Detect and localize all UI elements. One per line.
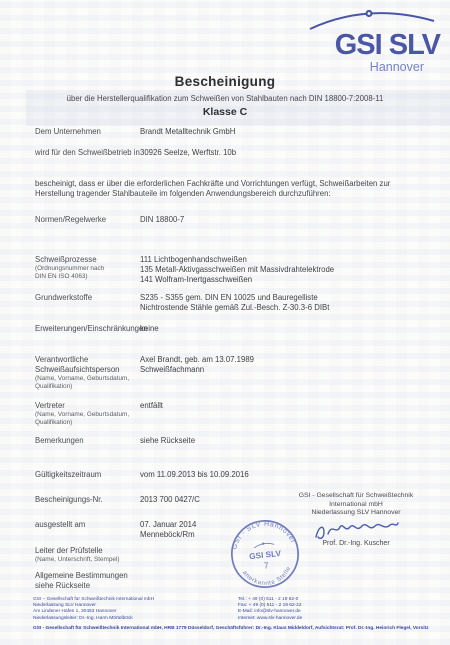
footer-columns: GSI – Gesellschaft für Schweißtechnik In… [33,597,425,622]
field-row-deputy: Vertreter (Name, Vorname, Geburtsdatum, … [35,401,427,427]
field-value: entfällt [140,401,427,411]
document-title: Bescheinigung [0,74,450,89]
field-row-validity: Gültigkeitszeitraum vom 11.09.2013 bis 1… [35,470,427,480]
field-label-line: Vertreter [35,401,140,411]
field-value-line: keine [140,324,427,334]
field-value-line: Schweißfachmann [140,365,427,375]
footer-line: E-Mail: info@slv-hannover.de [238,609,302,615]
field-label-line: Verantwortliche [35,355,140,365]
field-sublabel-line: (Ordnungsnummer nach [35,265,140,273]
field-value-line: vom 11.09.2013 bis 10.09.2016 [140,470,427,480]
field-row-standards: Normen/Regelwerke DIN 18800-7 [35,215,427,225]
field-label: Bemerkungen [35,436,140,446]
field-value-line: Brandt Metalltechnik GmbH [140,127,427,137]
field-value-line: 111 Lichtbogenhandschweißen [140,255,427,265]
svg-text:GSI - SLV Hannover: GSI - SLV Hannover [229,518,297,551]
field-label: Schweißprozesse (Ordnungsnummer nach DIN… [35,255,140,281]
field-label-line: Bemerkungen [35,436,140,446]
field-label: Leiter der Prüfstelle (Name, Unterschrif… [35,546,140,564]
field-sublabel-line: (Name, Unterschrift, Stempel) [35,556,140,564]
field-value-line: 135 Metall-Aktivgasschweißen mit Massivd… [140,265,427,275]
field-label-line: Gültigkeitszeitraum [35,470,140,480]
field-label: ausgestellt am [35,520,140,530]
stamp-number: 7 [263,560,269,570]
official-round-stamp-icon: GSI - SLV Hannover anerkannte Stelle GSI… [225,514,304,593]
field-label-line: Grundwerkstoffe [35,293,140,303]
field-value: keine [140,324,427,334]
issuer-org-line: GSI - Gesellschaft für Schweißtechnik [270,492,442,501]
field-label: Verantwortliche Schweißaufsichtsperson (… [35,355,140,391]
field-label-line: Allgemeine Bestimmungen [35,571,195,581]
field-row-weld-processes: Schweißprozesse (Ordnungsnummer nach DIN… [35,255,427,285]
field-row-location: wird für den Schweißbetrieb in 30926 See… [35,148,427,158]
field-label: Vertreter (Name, Vorname, Geburtsdatum, … [35,401,140,427]
field-label-line: Erweiterungen/Einschränkungen [35,324,140,334]
footer-line: Niederlassungsleiter: Dr.-Ing. Harm Mört… [33,616,223,622]
field-label-line: Normen/Regelwerke [35,215,140,225]
field-value-line: siehe Rückseite [140,436,427,446]
field-sublabel-line: (Name, Vorname, Geburtsdatum, [35,375,140,383]
field-value: 30926 Seelze, Werftstr. 10b [140,148,427,158]
field-row-base-materials: Grundwerkstoffe S235 - S355 gem. DIN EN … [35,293,427,313]
field-value-line: 30926 Seelze, Werftstr. 10b [140,148,427,158]
field-value-line: S235 - S355 gem. DIN EN 10025 und Baureg… [140,293,427,303]
certification-paragraph: bescheinigt, dass er über die erforderli… [35,179,427,199]
field-label-line: Dem Unternehmen [35,127,140,137]
field-label-line: wird für den Schweißbetrieb in [35,148,140,158]
field-label-line: siehe Rückseite [35,581,195,591]
field-row-company: Dem Unternehmen Brandt Metalltechnik Gmb… [35,127,427,137]
logo-branch-text: Hannover [300,60,424,74]
field-value-line: entfällt [140,401,427,411]
field-value: Brandt Metalltechnik GmbH [140,127,427,137]
field-label: Allgemeine Bestimmungen siehe Rückseite [35,571,195,591]
class-designation: Klasse C [0,106,450,118]
gsi-slv-logo: GSI SLV Hannover [300,8,440,74]
document-subtitle: über die Herstellerqualifikation zum Sch… [0,94,450,103]
footer: GSI – Gesellschaft für Schweißtechnik In… [33,597,425,631]
field-value: siehe Rückseite [140,436,427,446]
field-value: vom 11.09.2013 bis 10.09.2016 [140,470,427,480]
field-value-line: Axel Brandt, geb. am 13.07.1989 [140,355,427,365]
field-label-line: ausgestellt am [35,520,140,530]
field-label-line: Schweißaufsichtsperson [35,365,140,375]
stamp-center-text: GSI SLV [249,549,282,561]
field-label-line: Bescheinigungs-Nr. [35,495,140,505]
stamp-top-arc-text: GSI - SLV Hannover [229,518,297,551]
field-row-supervisor: Verantwortliche Schweißaufsichtsperson (… [35,355,427,391]
field-value: Axel Brandt, geb. am 13.07.1989 Schweißf… [140,355,427,375]
field-label: Grundwerkstoffe [35,293,140,303]
field-label: Gültigkeitszeitraum [35,470,140,480]
field-row-extensions: Erweiterungen/Einschränkungen keine [35,324,427,334]
field-sublabel-line: Qualifikation) [35,383,140,391]
field-value: S235 - S355 gem. DIN EN 10025 und Baureg… [140,293,427,313]
field-value: DIN 18800-7 [140,215,427,225]
logo-brand-text: GSI SLV [300,32,440,58]
footer-address-column: GSI – Gesellschaft für Schweißtechnik In… [33,597,223,622]
field-value-line: DIN 18800-7 [140,215,427,225]
footer-contact-column: Tel.: + 49 (0) 511 - 2 19 62-0 Fax: + 49… [238,597,302,622]
field-sublabel-line: Qualifikation) [35,419,140,427]
field-value-line: 141 Wolfram-Inertgasschweißen [140,275,427,285]
footer-legal-line: GSI - Gesellschaft für Schweißtechnik In… [33,626,425,631]
issuer-org-line: International mbH [270,501,442,510]
field-label: Bescheinigungs-Nr. [35,495,140,505]
field-sublabel-line: DIN EN ISO 4063) [35,273,140,281]
field-row-remarks: Bemerkungen siehe Rückseite [35,436,427,446]
certificate-page: GSI SLV Hannover Bescheinigung über die … [0,0,450,645]
field-label-line: Schweißprozesse [35,255,140,265]
field-sublabel-line: (Name, Vorname, Geburtsdatum, [35,411,140,419]
field-label: wird für den Schweißbetrieb in [35,148,140,158]
field-label: Normen/Regelwerke [35,215,140,225]
field-value-line: Nichtrostende Stähle gemäß Zul.-Besch. Z… [140,303,427,313]
field-label-line: Leiter der Prüfstelle [35,546,140,556]
field-label: Erweiterungen/Einschränkungen [35,324,140,334]
field-value: 111 Lichtbogenhandschweißen 135 Metall-A… [140,255,427,285]
field-label: Dem Unternehmen [35,127,140,137]
footer-line: Internet: www.slv-hannover.de [238,616,302,622]
title-block: Bescheinigung über die Herstellerqualifi… [0,74,450,118]
